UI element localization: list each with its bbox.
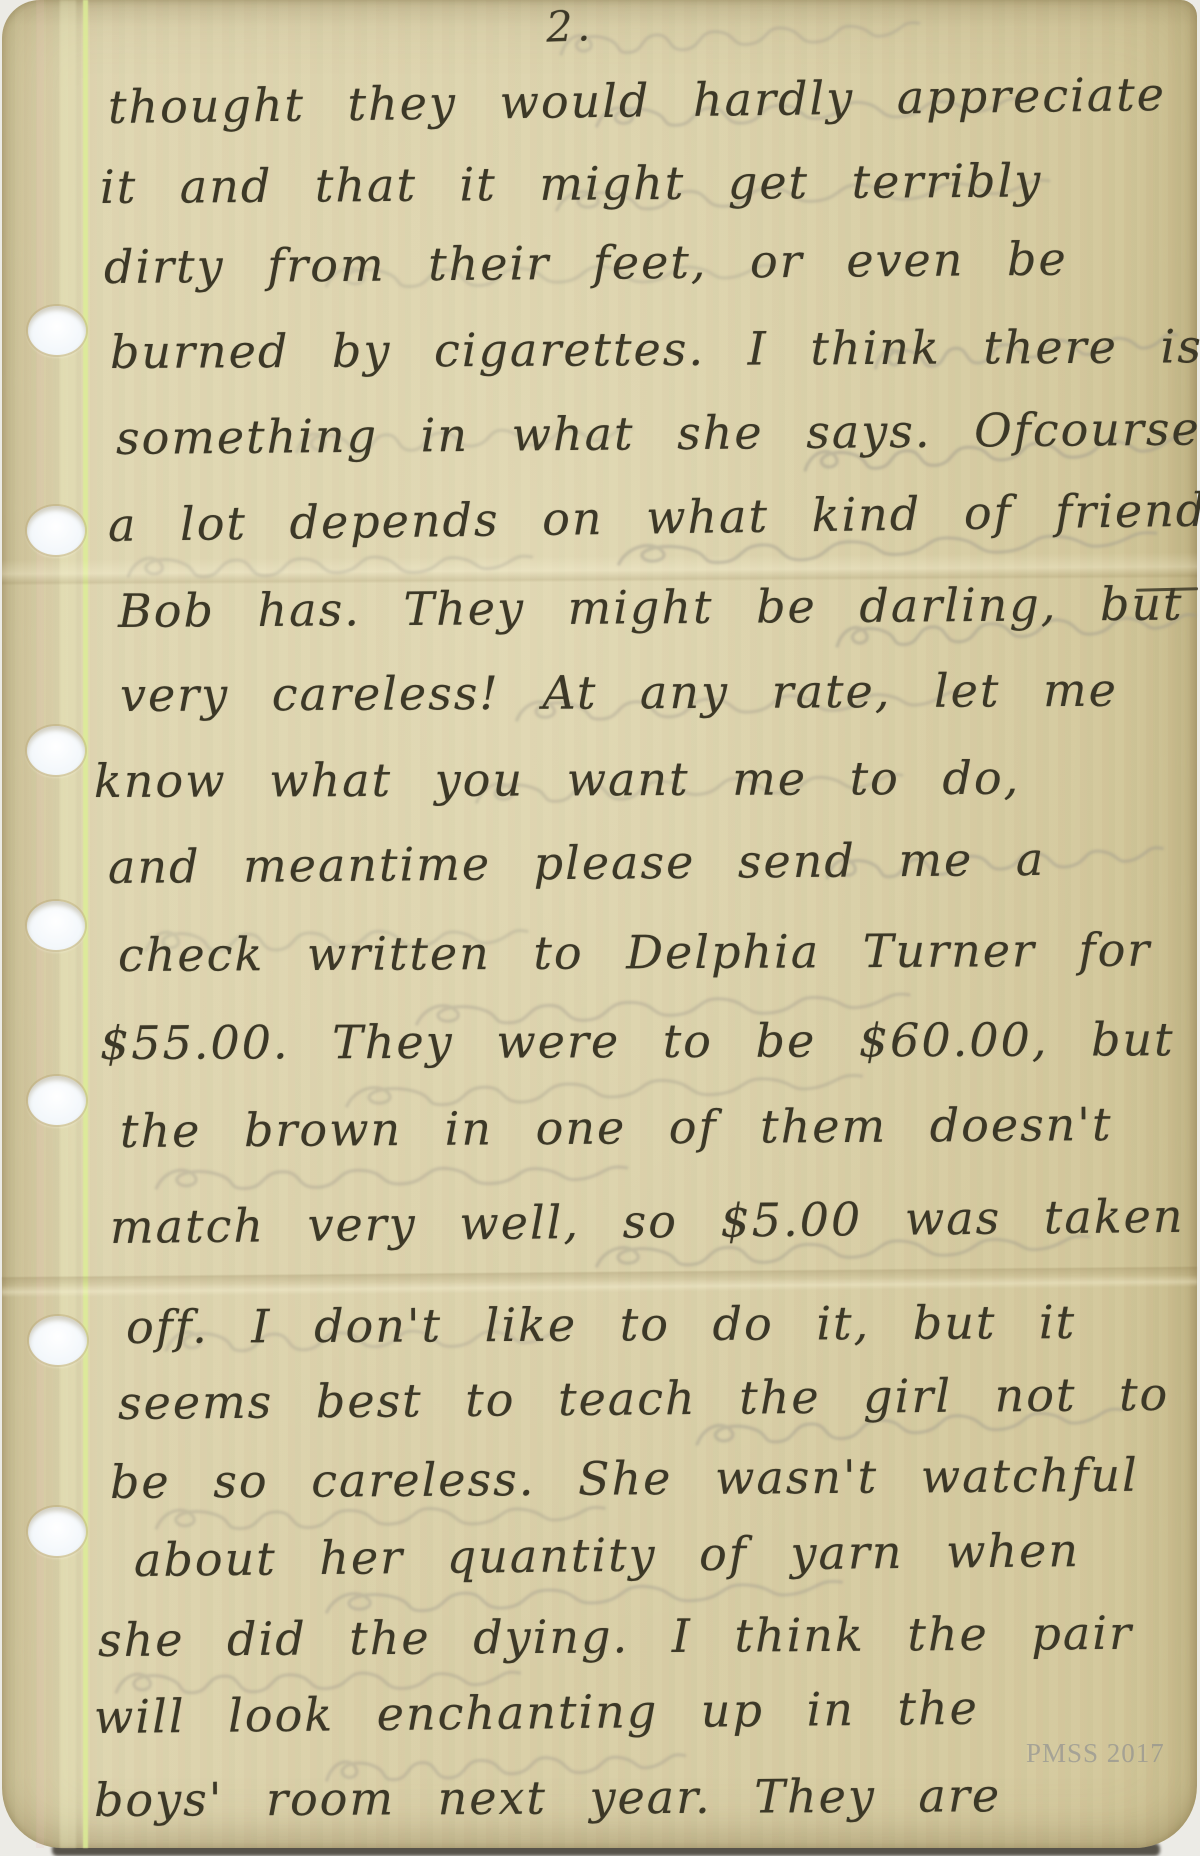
handwriting-line: seems best to teach the girl not to xyxy=(118,1367,1170,1430)
handwriting-line: the brown in one of them doesn't xyxy=(120,1097,1113,1158)
punch-hole xyxy=(29,1316,87,1365)
watermark: PMSS 2017 xyxy=(1026,1738,1165,1769)
punch-hole xyxy=(27,901,85,950)
fold-crease-lower xyxy=(2,1267,1197,1297)
handwriting-line: be so careless. She wasn't watchful xyxy=(110,1448,1139,1509)
handwriting-line: burned by cigarettes. I think there is xyxy=(110,319,1200,379)
handwriting-line: know what you want me to do, xyxy=(94,751,1020,808)
handwriting-line: $55.00. They were to be $60.00, but xyxy=(100,1012,1175,1070)
page-number: 2. xyxy=(545,1,595,52)
handwriting-line: dirty from their feet, or even be xyxy=(104,232,1068,294)
handwriting-line: it and that it might get terribly xyxy=(100,153,1043,214)
handwriting-line: and meantime please send me a xyxy=(108,832,1046,894)
handwriting-line: about her quantity of yarn when xyxy=(134,1523,1081,1587)
handwriting-line: match very well, so $5.00 was taken xyxy=(110,1189,1185,1254)
handwriting-line: she did the dying. I think the pair xyxy=(98,1606,1133,1667)
scanned-letter-page: 2. thought they would hardly appreciate … xyxy=(0,0,1200,1856)
punch-hole xyxy=(27,726,85,775)
handwriting-line: check written to Delphia Turner for xyxy=(118,923,1152,982)
handwriting-line: boys' room next year. They are xyxy=(94,1768,1001,1827)
handwriting-line: very careless! At any rate, let me xyxy=(120,663,1118,722)
punch-hole xyxy=(27,506,85,555)
handwriting-line: off. I don't like to do it, but it xyxy=(126,1295,1076,1354)
handwriting-line: Bob has. They might be darling, but xyxy=(118,577,1184,638)
punch-hole xyxy=(28,1507,86,1556)
punch-hole xyxy=(28,306,86,355)
handwriting-line: will look enchanting up in the xyxy=(94,1681,979,1744)
punch-hole xyxy=(28,1076,86,1125)
handwriting-line: something in what she says. Ofcourse xyxy=(116,402,1200,465)
